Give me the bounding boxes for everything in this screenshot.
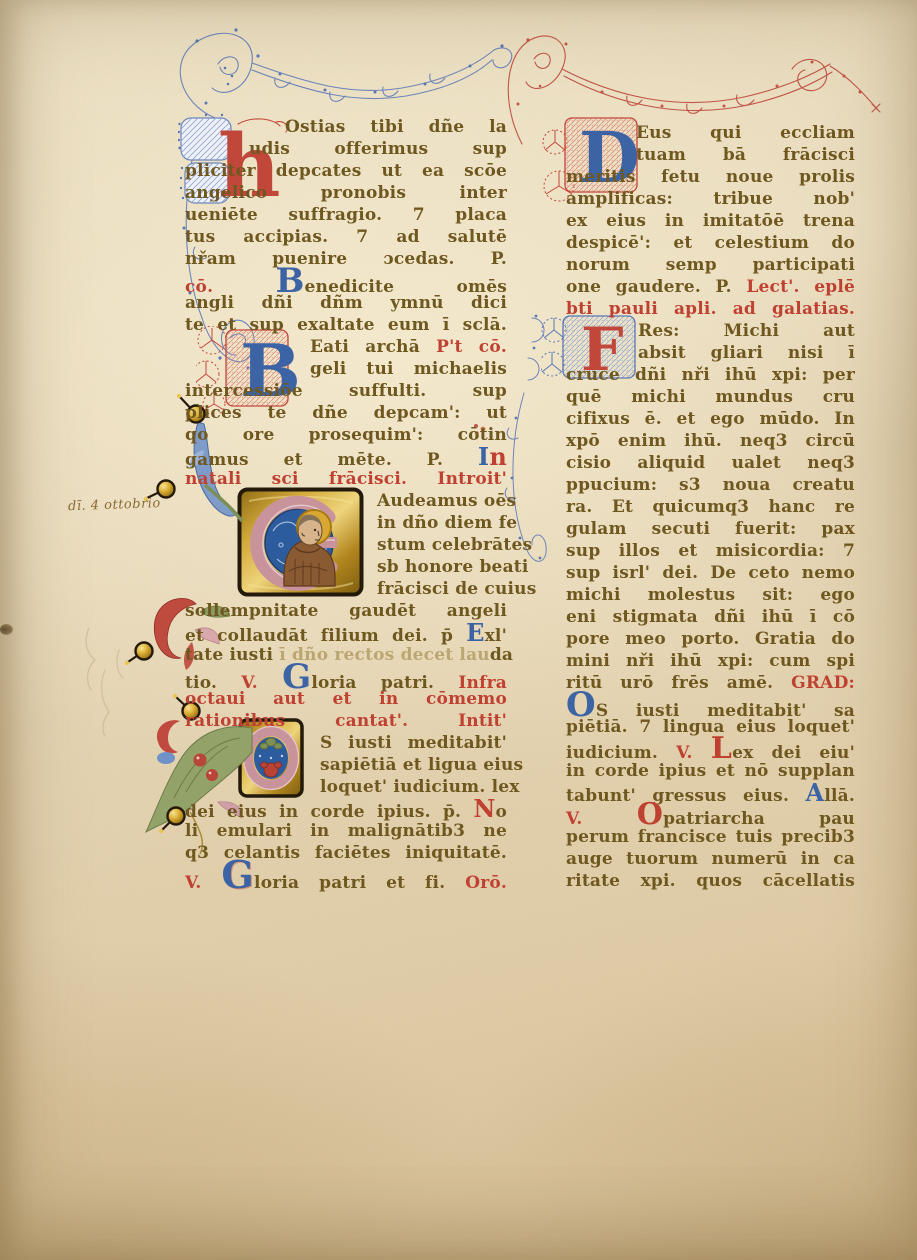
text-line: amplificas: tribue nob'	[566, 188, 855, 210]
text-line: intercessiōe suffulti. sup	[185, 380, 507, 402]
text-line: michi molestus sit: ego	[566, 584, 855, 606]
text-line: rationibus cantat'. Intit'	[185, 710, 507, 732]
text-line: cisio aliquid ualet neq3	[566, 452, 855, 474]
text-line: tabunt' gressus eius. Allā.	[566, 782, 855, 804]
text-line: xpō enim ihū. neq3 circū	[566, 430, 855, 452]
manuscript-page: { "page": { "description": "Illuminated …	[0, 0, 917, 1260]
text-line: pliciter depcates ut ea scōe	[185, 160, 507, 182]
text-line: sapiētiā et ligua eius	[320, 754, 507, 776]
text-line: frācisci de cuius	[377, 578, 507, 600]
text-line: angli dñi dñm ymnū dici	[185, 292, 507, 314]
text-line: V. Opatriarcha pau	[566, 804, 855, 826]
text-line: gulam secuti fuerit: pax	[566, 518, 855, 540]
text-line: V. Gloria patri et fi. Orō.	[185, 864, 507, 886]
text-line: ra. Et quicumq3 hanc re	[566, 496, 855, 518]
text-line: natali sci frācisci. Introit'	[185, 468, 507, 490]
text-line: stum celebrātes	[377, 534, 507, 556]
text-line: perum francisce tuis precib3	[566, 826, 855, 848]
text-line: ex eius in imitatōē trena	[566, 210, 855, 232]
text-line: Ostias tibi dñe la	[285, 116, 507, 138]
text-line: plices te dñe depcam': ut	[185, 402, 507, 424]
text-line: tio. V. Gloria patri. Infra	[185, 666, 507, 688]
text-line: ppucium: s3 noua creatu	[566, 474, 855, 496]
text-line: cruce dñi nři ihū xpi: per	[566, 364, 855, 386]
text-line: cifixus ē. et ego mūdo. In	[566, 408, 855, 430]
text-line: Eus qui eccliam	[636, 122, 855, 144]
text-line: Audeamus oēs	[377, 490, 507, 512]
text-line: bti pauli apli. ad galatias.	[566, 298, 855, 320]
left-text-column: Ostias tibi dñe laudis offerimus supplic…	[185, 116, 507, 886]
text-line: despicē': et celestium do	[566, 232, 855, 254]
text-line: absit gliari nisi ī	[638, 342, 855, 364]
text-line: one gaudere. P. Lect'. eplē	[566, 276, 855, 298]
show-through-marks	[75, 620, 145, 740]
text-line: OS iusti meditabit' sa	[566, 694, 855, 716]
text-line: ritū urō frēs amē. GRAD:	[566, 672, 855, 694]
text-line: Eati archā P't cō.	[310, 336, 507, 358]
text-line: sb honore beati	[377, 556, 507, 578]
text-line: udis offerimus sup	[249, 138, 507, 160]
text-line: meritis fetu noue prolis	[566, 166, 855, 188]
text-line: norum semp participati	[566, 254, 855, 276]
text-line: li emulari in malignātib3 ne	[185, 820, 507, 842]
text-line: et collaudāt filium dei. p̄ Exl'	[185, 622, 507, 644]
text-line: Res: Michi aut	[638, 320, 855, 342]
text-line: auge tuorum numerū in ca	[566, 848, 855, 870]
text-line: nřam puenire ɔcedas. P.	[185, 248, 507, 270]
text-line: in dño diem fe	[377, 512, 507, 534]
text-line: tate iusti ī dño rectos decet lauda	[185, 644, 507, 666]
text-line: ritate xpi. quos cācellatis	[566, 870, 855, 892]
text-line: tuam bā frācisci	[636, 144, 855, 166]
text-line: eni stigmata dñi ihū ī cō	[566, 606, 855, 628]
text-line: angelico pronobis inter	[185, 182, 507, 204]
text-line: pore meo porto. Gratia do	[566, 628, 855, 650]
page-edge-notch	[0, 624, 13, 635]
text-line: te et sup exaltate eum ī sclā.	[185, 314, 507, 336]
text-line: mini nři ihū xpi: cum spi	[566, 650, 855, 672]
text-line: iudicium. V. Lex dei eiu'	[566, 738, 855, 760]
text-line: sollempnitate gaudēt angeli	[185, 600, 507, 622]
right-text-column: Eus qui eccliamtuam bā frāciscimeritis f…	[566, 122, 855, 892]
text-line: quē michi mundus cru	[566, 386, 855, 408]
text-line: octaui aut et in cōmemo	[185, 688, 507, 710]
text-line: S iusti meditabit'	[320, 732, 507, 754]
text-line: qo ore prosequim': cōtin	[185, 424, 507, 446]
text-line: cō. Benedicite omēs	[185, 270, 507, 292]
text-line: geli tui michaelis	[310, 358, 507, 380]
text-line: ueniēte suffragio. 7 placa	[185, 204, 507, 226]
margin-note: dī. 4 ottobrio	[68, 495, 198, 515]
text-line: sup illos et misicordia: 7	[566, 540, 855, 562]
text-line: gamus et mēte. P. In	[185, 446, 507, 468]
text-line: sup isrl' dei. De ceto nemo	[566, 562, 855, 584]
text-line: dei eius in corde ipius. p̄. No	[185, 798, 507, 820]
text-line: tus accipias. 7 ad salutē	[185, 226, 507, 248]
